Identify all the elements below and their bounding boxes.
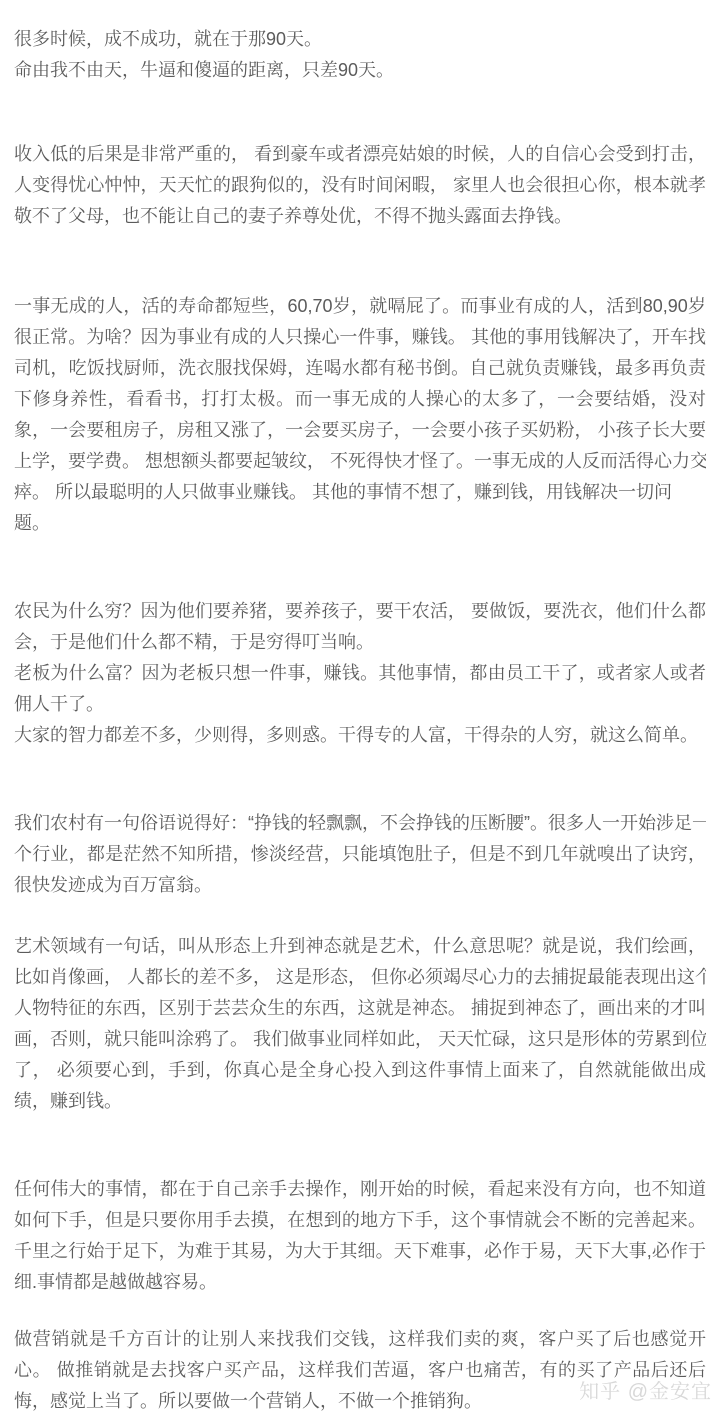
paragraph: 很多时候，成不成功，就在于那90天。命由我不由天，牛逼和傻逼的距离，只差90天。 <box>14 24 706 86</box>
text-line: 很正常。为啥？因为事业有成的人只操心一件事，赚钱。 其他的事用钱解决了，开车找 <box>14 322 706 353</box>
text-line: 象，一会要租房子，房租又涨了，一会要买房子，一会要小孩子买奶粉， 小孩子长大要 <box>14 415 706 446</box>
text-line: 绩，赚到钱。 <box>14 1086 706 1117</box>
text-line: 下修身养性，看看书，打打太极。而一事无成的人操心的太多了，一会要结婚，没对 <box>14 384 706 415</box>
text-line: 很多时候，成不成功，就在于那90天。 <box>14 24 706 55</box>
text-line: 千里之行始于足下，为难于其易，为大于其细。天下难事，必作于易，天下大事,必作于 <box>14 1236 706 1267</box>
text-line: 艺术领域有一句话，叫从形态上升到神态就是艺术，什么意思呢？就是说，我们绘画， <box>14 931 706 962</box>
text-line: 很快发迹成为百万富翁。 <box>14 870 706 901</box>
text-line: 细.事情都是越做越容易。 <box>14 1267 706 1298</box>
paragraph: 我们农村有一句俗语说得好：“挣钱的轻飘飘，不会挣钱的压断腰”。很多人一开始涉足一… <box>14 808 706 901</box>
text-line: 做营销就是千方百计的让别人来找我们交钱，这样我们卖的爽，客户买了后也感觉开 <box>14 1324 706 1355</box>
text-line: 瘁。 所以最聪明的人只做事业赚钱。 其他的事情不想了，赚到钱，用钱解决一切问题。 <box>14 477 706 539</box>
text-line: 收入低的后果是非常严重的， 看到豪车或者漂亮姑娘的时候，人的自信心会受到打击， <box>14 139 706 170</box>
text-line: 一事无成的人，活的寿命都短些，60,70岁，就嗝屁了。而事业有成的人，活到80,… <box>14 291 706 322</box>
text-line: 画，否则，就只能叫涂鸦了。 我们做事业同样如此， 天天忙碌，这只是形体的劳累到位 <box>14 1024 706 1055</box>
text-line: 了， 必须要心到，手到，你真心是全身心投入到这件事情上面来了，自然就能做出成 <box>14 1055 706 1086</box>
text-line: 大家的智力都差不多，少则得，多则惑。干得专的人富，干得杂的人穷，就这么简单。 <box>14 720 706 751</box>
text-line: 敬不了父母，也不能让自己的妻子养尊处优，不得不抛头露面去挣钱。 <box>14 201 706 232</box>
paragraph: 艺术领域有一句话，叫从形态上升到神态就是艺术，什么意思呢？就是说，我们绘画，比如… <box>14 931 706 1117</box>
text-line: 个行业，都是茫然不知所措，惨淡经营，只能填饱肚子，但是不到几年就嗅出了诀窍， <box>14 839 706 870</box>
text-line: 会，于是他们什么都不精，于是穷得叮当响。 <box>14 627 706 658</box>
text-line: 佣人干了。 <box>14 689 706 720</box>
text-line: 人物特征的东西，区别于芸芸众生的东西，这就是神态。 捕捉到神态了，画出来的才叫 <box>14 993 706 1024</box>
paragraph: 农民为什么穷？因为他们要养猪，要养孩子，要干农活， 要做饭，要洗衣，他们什么都会… <box>14 596 706 751</box>
paragraph: 一事无成的人，活的寿命都短些，60,70岁，就嗝屁了。而事业有成的人，活到80,… <box>14 291 706 539</box>
text-line: 命由我不由天，牛逼和傻逼的距离，只差90天。 <box>14 55 706 86</box>
zhihu-author-watermark: 知乎 @金安宜 <box>579 1380 712 1404</box>
text-line: 老板为什么富？因为老板只想一件事，赚钱。其他事情，都由员工干了，或者家人或者 <box>14 658 706 689</box>
paragraph: 任何伟大的事情，都在于自己亲手去操作，刚开始的时候，看起来没有方向，也不知道如何… <box>14 1174 706 1298</box>
text-line: 任何伟大的事情，都在于自己亲手去操作，刚开始的时候，看起来没有方向，也不知道 <box>14 1174 706 1205</box>
paragraph: 收入低的后果是非常严重的， 看到豪车或者漂亮姑娘的时候，人的自信心会受到打击，人… <box>14 139 706 232</box>
text-line: 我们农村有一句俗语说得好：“挣钱的轻飘飘，不会挣钱的压断腰”。很多人一开始涉足一 <box>14 808 706 839</box>
text-line: 如何下手，但是只要你用手去摸，在想到的地方下手，这个事情就会不断的完善起来。 <box>14 1205 706 1236</box>
text-line: 司机，吃饭找厨师，洗衣服找保姆，连喝水都有秘书倒。自己就负责赚钱，最多再负责 <box>14 353 706 384</box>
article-body: 很多时候，成不成功，就在于那90天。命由我不由天，牛逼和傻逼的距离，只差90天。… <box>0 0 720 1417</box>
text-line: 上学，要学费。 想想额头都要起皱纹， 不死得快才怪了。一事无成的人反而活得心力交 <box>14 446 706 477</box>
text-line: 农民为什么穷？因为他们要养猪，要养孩子，要干农活， 要做饭，要洗衣，他们什么都 <box>14 596 706 627</box>
text-line: 比如肖像画， 人都长的差不多， 这是形态， 但你必须竭尽心力的去捕捉最能表现出这… <box>14 962 706 993</box>
text-line: 人变得忧心忡忡，天天忙的跟狗似的，没有时间闲暇， 家里人也会很担心你，根本就孝 <box>14 170 706 201</box>
